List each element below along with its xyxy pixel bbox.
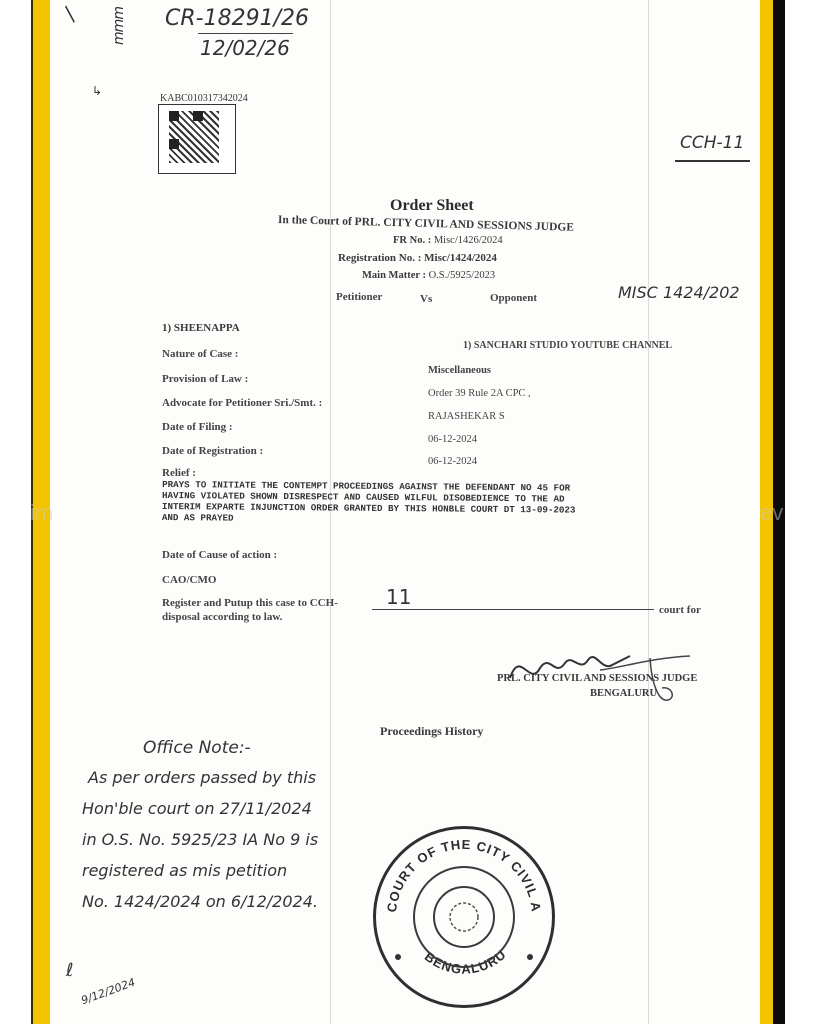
svg-text:COURT OF THE CITY CIVIL AND SE: COURT OF THE CITY CIVIL AND SESSIONS JUD…: [376, 829, 544, 913]
judge-place: BENGALURU: [590, 688, 657, 699]
watermark-right: ev: [760, 500, 783, 526]
fr-label: FR No. :: [393, 235, 431, 246]
office-note-initials: ℓ: [66, 960, 73, 981]
handwritten-reference-date: 12/02/26: [200, 36, 290, 60]
main-matter: Main Matter : O.S./5925/2023: [362, 270, 495, 281]
handwritten-court-marker: CCH-11: [680, 133, 744, 153]
field-value-registration-date: 06-12-2024: [428, 456, 477, 467]
seal-text-ring: COURT OF THE CITY CIVIL AND SESSIONS JUD…: [376, 829, 552, 1005]
field-label-filing-date: Date of Filing :: [162, 421, 233, 433]
court-seal: COURT OF THE CITY CIVIL AND SESSIONS JUD…: [373, 826, 555, 1008]
fill-in-line: [372, 609, 654, 610]
svg-text:BENGALURU: BENGALURU: [422, 946, 509, 976]
office-note-line: registered as mis petition: [82, 855, 318, 886]
registration-value: Misc/1424/2024: [424, 252, 497, 264]
field-value-nature: Miscellaneous: [428, 365, 491, 376]
opponent-heading: Opponent: [490, 292, 537, 304]
barcode-id: KABC010317342024: [160, 93, 248, 104]
cause-of-action-label: Date of Cause of action :: [162, 549, 277, 561]
court-marker-underline: [675, 160, 750, 162]
vs-label: Vs: [420, 293, 432, 305]
field-label-registration-date: Date of Registration :: [162, 445, 263, 457]
register-instruction-line2: disposal according to law.: [162, 611, 282, 623]
relief-text: PRAYS TO INITIATE THE CONTEMPT PROCEEDIN…: [162, 479, 576, 527]
page-title: Order Sheet: [390, 197, 474, 215]
register-instruction-suffix: court for: [659, 604, 701, 616]
qr-code-pattern: [169, 111, 219, 163]
petitioner-heading: Petitioner: [336, 291, 382, 303]
registration-number: Registration No. : Misc/1424/2024: [338, 252, 497, 264]
main-matter-value: O.S./5925/2023: [429, 270, 496, 281]
petitioner-name: 1) SHEENAPPA: [162, 322, 240, 334]
qr-code: [158, 104, 236, 174]
registration-label: Registration No. :: [338, 252, 421, 264]
main-matter-label: Main Matter :: [362, 270, 426, 281]
office-note-line: No. 1424/2024 on 6/12/2024.: [82, 886, 318, 917]
field-label-provision: Provision of Law :: [162, 373, 248, 385]
handwritten-initials: mmm: [111, 7, 127, 45]
office-note-heading: Office Note:-: [143, 738, 251, 758]
office-note-line: Hon'ble court on 27/11/2024: [82, 793, 318, 824]
handwritten-reference-number: CR-18291/26: [165, 6, 309, 31]
field-label-nature: Nature of Case :: [162, 348, 238, 360]
handwritten-cch-number: 11: [386, 585, 411, 609]
watermark-left: im: [30, 500, 53, 526]
fold-line: [648, 0, 649, 1024]
field-value-filing-date: 06-12-2024: [428, 434, 477, 445]
fraction-line: [198, 33, 293, 34]
relief-label: Relief :: [162, 467, 196, 479]
field-value-provision: Order 39 Rule 2A CPC ,: [428, 388, 531, 399]
cao-cmo: CAO/CMO: [162, 574, 216, 586]
field-value-advocate: RAJASHEKAR S: [428, 411, 505, 422]
fr-number: FR No. : Misc/1426/2024: [393, 235, 503, 246]
proceedings-history-heading: Proceedings History: [380, 724, 483, 739]
field-label-advocate: Advocate for Petitioner Sri./Smt. :: [162, 397, 322, 409]
judge-title: PRL. CITY CIVIL AND SESSIONS JUDGE: [497, 673, 697, 684]
fr-value: Misc/1426/2024: [434, 235, 503, 246]
office-note-body: As per orders passed by this Hon'ble cou…: [82, 762, 318, 917]
office-note-line: in O.S. No. 5925/23 IA No 9 is: [82, 824, 318, 855]
handwritten-misc-number: MISC 1424/202: [618, 283, 740, 302]
office-note-line: As per orders passed by this: [82, 762, 318, 793]
handwritten-mark: ↳: [92, 84, 102, 98]
opponent-name: 1) SANCHARI STUDIO YOUTUBE CHANNEL: [463, 340, 672, 351]
register-instruction-prefix: Register and Putup this case to CCH-: [162, 597, 338, 609]
